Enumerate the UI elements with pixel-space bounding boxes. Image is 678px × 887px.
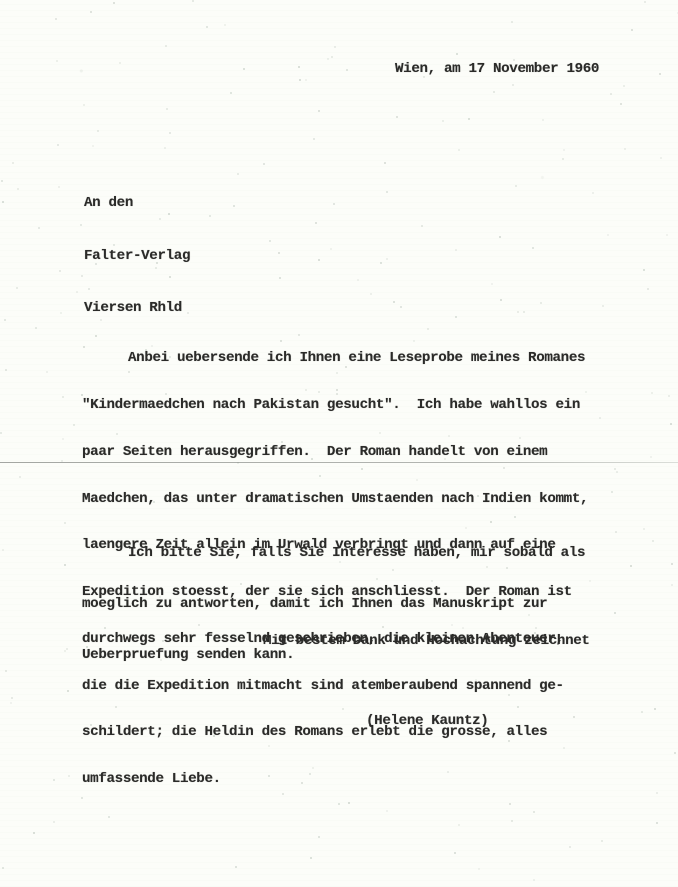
body-line: schildert; die Heldin des Romans erlebt … xyxy=(82,725,588,741)
body-line: Maedchen, das unter dramatischen Umstaen… xyxy=(82,492,588,508)
recipient-address: An den Falter-Verlag Viersen Rhld xyxy=(84,160,190,335)
recipient-line: An den xyxy=(84,195,190,213)
place-and-date: Wien, am 17 November 1960 xyxy=(395,62,599,78)
recipient-line: Falter-Verlag xyxy=(84,248,190,266)
body-line: paar Seiten herausgegriffen. Der Roman h… xyxy=(82,445,588,461)
recipient-line: Viersen Rhld xyxy=(84,300,190,318)
body-line: Ueberpruefung senden kann. xyxy=(82,647,585,664)
body-line: umfassende Liebe. xyxy=(82,772,588,788)
closing-phrase: Mit bestem Dank und Hochachtung zeichnet xyxy=(263,634,590,650)
body-line: moeglich zu antworten, damit ich Ihnen d… xyxy=(82,596,585,613)
body-line: Anbei uebersende ich Ihnen eine Leseprob… xyxy=(82,351,588,367)
body-line: Ich bitte Sie, falls Sie Interesse haben… xyxy=(82,545,585,562)
signature: (Helene Kauntz) xyxy=(366,714,488,730)
body-line: "Kindermaedchen nach Pakistan gesucht". … xyxy=(82,398,588,414)
body-paragraph-2: Ich bitte Sie, falls Sie Interesse haben… xyxy=(82,511,585,681)
